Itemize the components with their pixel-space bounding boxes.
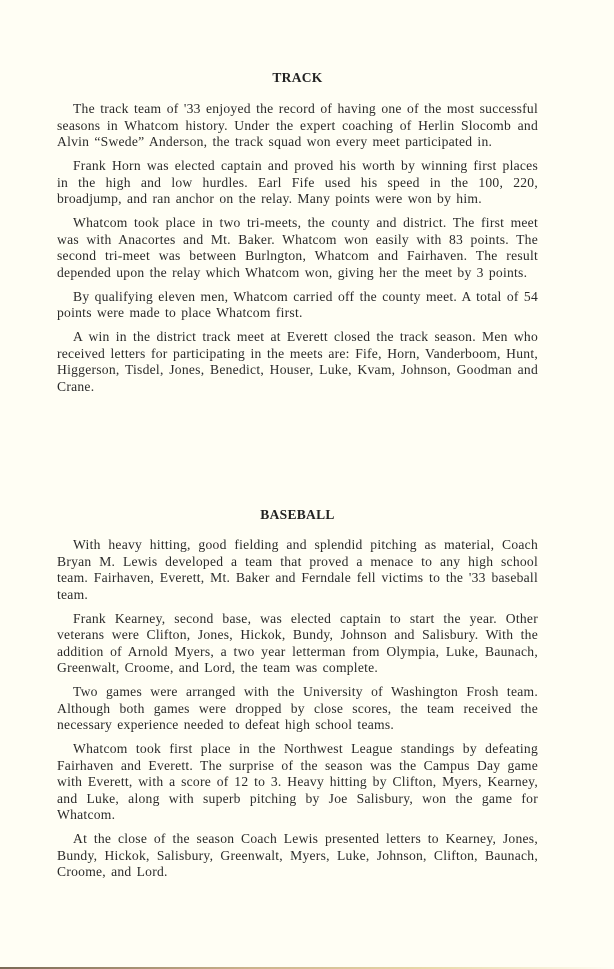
track-paragraph-3: Whatcom took place in two tri-meets, the… (57, 215, 538, 281)
track-section-body: The track team of '33 enjoyed the record… (57, 101, 538, 403)
baseball-paragraph-5: At the close of the season Coach Lewis p… (57, 831, 538, 881)
track-paragraph-2: Frank Horn was elected captain and prove… (57, 158, 538, 208)
baseball-section-body: With heavy hitting, good fielding and sp… (57, 537, 538, 888)
baseball-section-title: BASEBALL (57, 507, 538, 523)
baseball-paragraph-4: Whatcom took first place in the Northwes… (57, 741, 538, 824)
track-paragraph-5: A win in the district track meet at Ever… (57, 329, 538, 395)
baseball-paragraph-1: With heavy hitting, good fielding and sp… (57, 537, 538, 603)
baseball-paragraph-3: Two games were arranged with the Univers… (57, 684, 538, 734)
track-section-title: TRACK (57, 70, 538, 86)
baseball-paragraph-2: Frank Kearney, second base, was elected … (57, 611, 538, 677)
track-paragraph-1: The track team of '33 enjoyed the record… (57, 101, 538, 151)
track-paragraph-4: By qualifying eleven men, Whatcom carrie… (57, 289, 538, 322)
